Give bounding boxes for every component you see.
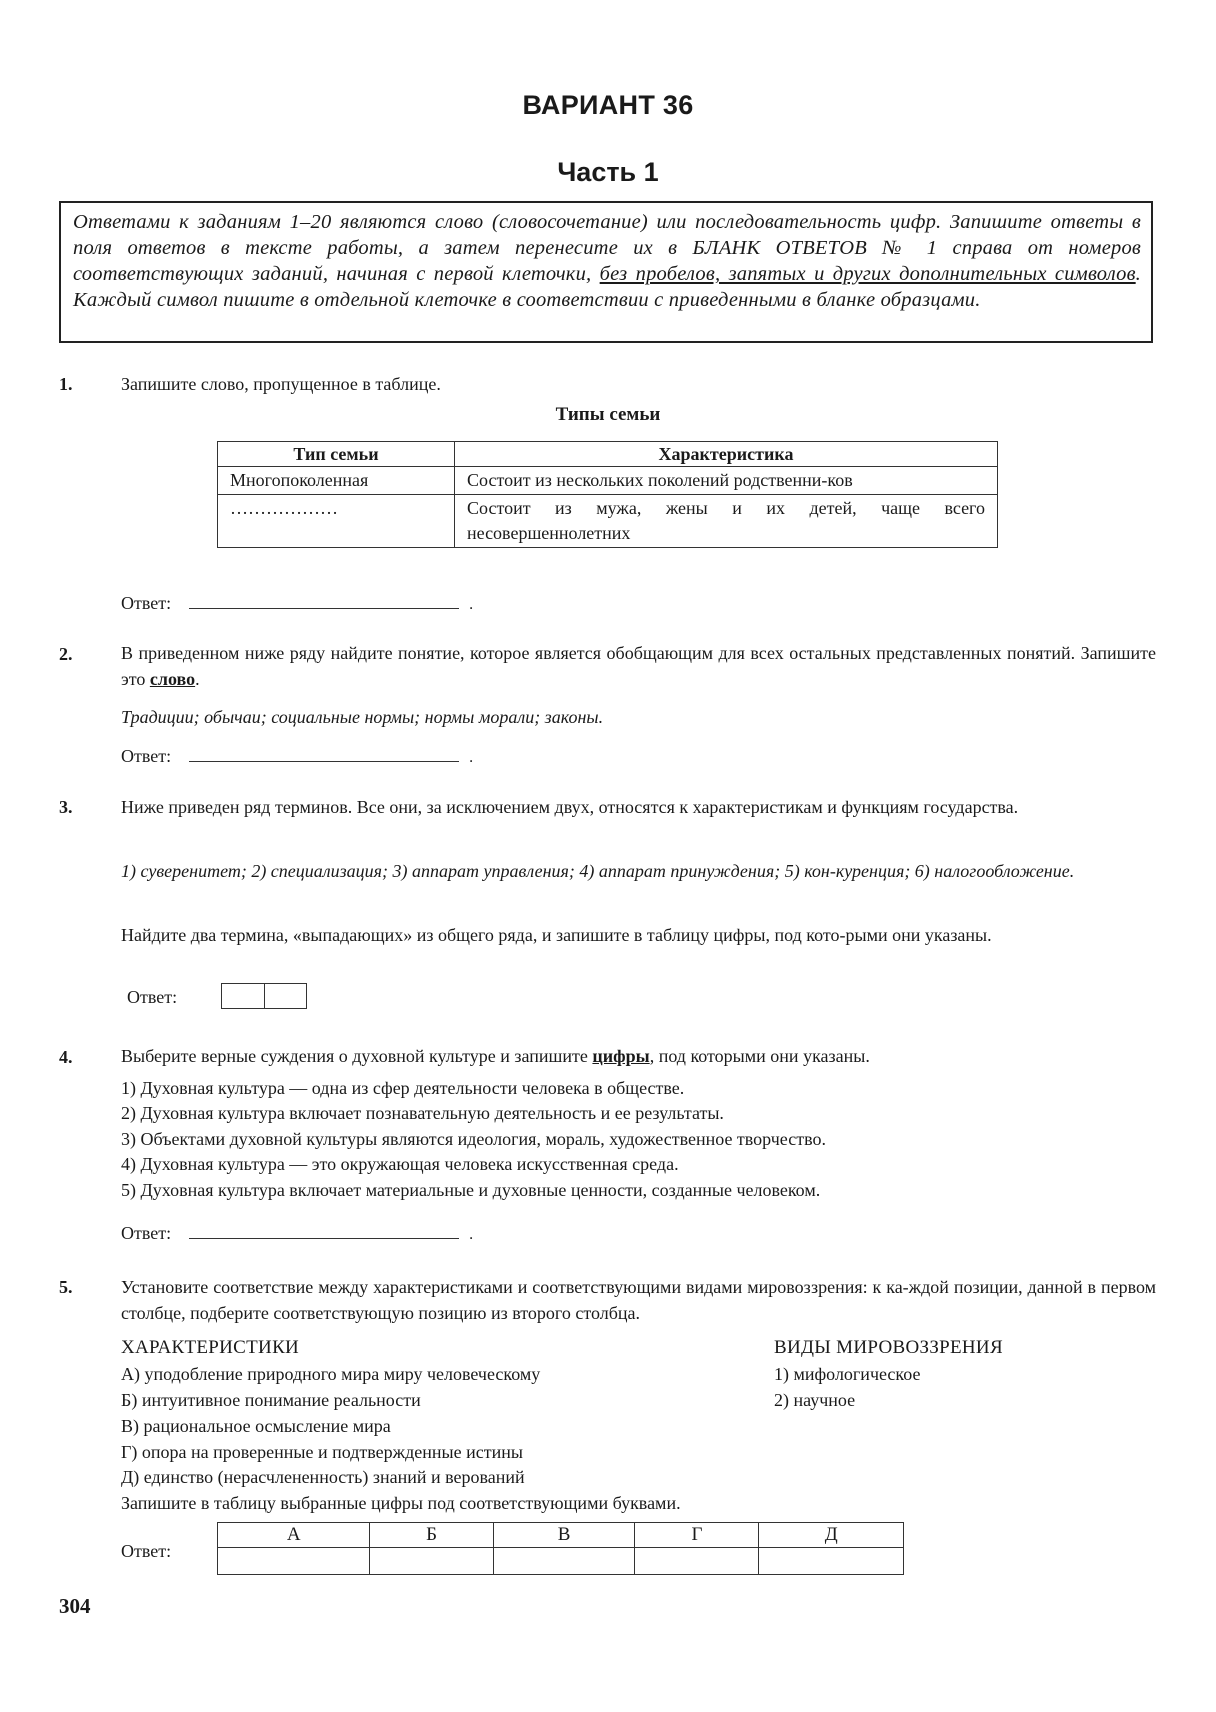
instructions-box: Ответами к заданиям 1–20 являются слово …	[59, 201, 1153, 343]
answer-cell[interactable]	[759, 1548, 904, 1575]
table-cell-missing: ………………	[218, 495, 455, 548]
table-row: Многопоколенная Состоит из нескольких по…	[218, 467, 998, 495]
answer-label: Ответ:	[121, 593, 171, 613]
answer-letter: Б	[370, 1523, 493, 1548]
table-cell: Многопоколенная	[218, 467, 455, 495]
answer-values-row	[218, 1548, 904, 1575]
page-number: 304	[59, 1594, 91, 1619]
task-4-emphasis: цифры	[592, 1046, 649, 1066]
answer-dot: .	[469, 1226, 473, 1243]
task-4-option-4: 4) Духовная культура — это окружающая че…	[121, 1151, 679, 1177]
answer-label: Ответ:	[127, 987, 177, 1007]
task-5-answer-label: Ответ:	[121, 1541, 171, 1562]
task-1-answer: Ответ:.	[121, 590, 473, 614]
task-2-emphasis: слово	[150, 669, 195, 689]
answer-letter: А	[218, 1523, 370, 1548]
characteristic-item: Б) интуитивное понимание реальности	[121, 1390, 421, 1411]
task-2-text-end: .	[195, 669, 200, 689]
worldview-type-item: 1) мифологическое	[774, 1364, 920, 1385]
task-2-number: 2.	[59, 644, 73, 665]
task-4-text-end: , под которыми они указаны.	[650, 1046, 870, 1066]
table-row: ……………… Состоит из мужа, жены и их детей,…	[218, 495, 998, 548]
task-4-text: Выберите верные суждения о духовной куль…	[121, 1043, 1156, 1069]
part-title: Часть 1	[0, 157, 1216, 188]
characteristics-heading: ХАРАКТЕРИСТИКИ	[121, 1337, 299, 1359]
task-2-series: Традиции; обычаи; социальные нормы; норм…	[121, 704, 1156, 730]
task-2-text: В приведенном ниже ряду найдите понятие,…	[121, 640, 1156, 692]
answer-cell[interactable]	[370, 1548, 493, 1575]
answer-letter: Г	[635, 1523, 759, 1548]
answer-dot: .	[469, 749, 473, 766]
variant-title: ВАРИАНТ 36	[0, 90, 1216, 121]
task-4-number: 4.	[59, 1047, 73, 1068]
characteristic-item: А) уподобление природного мира миру чело…	[121, 1364, 540, 1385]
answer-cell[interactable]	[493, 1548, 635, 1575]
answer-label: Ответ:	[121, 746, 171, 766]
table-header-cell: Характеристика	[455, 442, 998, 467]
table-cell: Состоит из мужа, жены и их детей, чаще в…	[455, 495, 998, 548]
family-types-table: Тип семьи Характеристика Многопоколенная…	[217, 441, 998, 548]
answer-dot: .	[469, 596, 473, 613]
task-4-option-5: 5) Духовная культура включает материальн…	[121, 1177, 820, 1203]
table-header-cell: Тип семьи	[218, 442, 455, 467]
task-4-answer: Ответ:.	[121, 1220, 473, 1244]
task-4-option-3: 3) Объектами духовной культуры являются …	[121, 1126, 826, 1152]
task-4-answer-field[interactable]	[189, 1220, 459, 1239]
task-3-answer-label: Ответ:	[127, 987, 177, 1008]
worldview-type-item: 2) научное	[774, 1390, 855, 1411]
task-4-text-main: Выберите верные суждения о духовной куль…	[121, 1046, 592, 1066]
characteristic-item: Д) единство (нерасчлененность) знаний и …	[121, 1467, 525, 1488]
task-3-text: Ниже приведен ряд терминов. Все они, за …	[121, 794, 1156, 820]
characteristic-item: Г) опора на проверенные и подтвержденные…	[121, 1442, 523, 1463]
task-1-answer-field[interactable]	[189, 590, 459, 609]
task-1-number: 1.	[59, 374, 73, 395]
characteristic-item: В) рациональное осмысление мира	[121, 1416, 391, 1437]
answer-cell[interactable]	[635, 1548, 759, 1575]
answer-label: Ответ:	[121, 1223, 171, 1243]
task-2-text-main: В приведенном ниже ряду найдите понятие,…	[121, 643, 1156, 689]
table-header-row: Тип семьи Характеристика	[218, 442, 998, 467]
task-5-table-instruction: Запишите в таблицу выбранные цифры под с…	[121, 1493, 681, 1514]
answer-letters-row: А Б В Г Д	[218, 1523, 904, 1548]
family-table-caption: Типы семьи	[0, 404, 1216, 426]
task-4-option-1: 1) Духовная культура — одна из сфер деят…	[121, 1075, 684, 1101]
task-5-text: Установите соответствие между характерис…	[121, 1274, 1156, 1326]
instructions-underlined: без пробелов, запятых и других дополните…	[600, 263, 1136, 285]
answer-letter: Д	[759, 1523, 904, 1548]
task-2-answer-field[interactable]	[189, 743, 459, 762]
answer-cell[interactable]	[218, 1548, 370, 1575]
answer-cell[interactable]	[265, 984, 307, 1008]
answer-letter: В	[493, 1523, 635, 1548]
task-3-number: 3.	[59, 797, 73, 818]
task-3-answer-boxes	[221, 983, 307, 1009]
worldview-types-heading: ВИДЫ МИРОВОЗЗРЕНИЯ	[774, 1337, 1003, 1359]
task-1-text: Запишите слово, пропущенное в таблице.	[121, 371, 1156, 397]
task-4-option-2: 2) Духовная культура включает познавател…	[121, 1100, 724, 1126]
table-cell: Состоит из нескольких поколений родствен…	[455, 467, 998, 495]
task-5-answer-table: А Б В Г Д	[217, 1522, 904, 1575]
exam-page: ВАРИАНТ 36 Часть 1 Ответами к заданиям 1…	[0, 0, 1216, 1712]
task-2-answer: Ответ:.	[121, 743, 473, 767]
task-3-terms: 1) суверенитет; 2) специализация; 3) апп…	[121, 858, 1156, 884]
task-3-instruction: Найдите два термина, «выпадающих» из общ…	[121, 922, 1156, 948]
task-5-number: 5.	[59, 1277, 73, 1298]
answer-label: Ответ:	[121, 1541, 171, 1561]
answer-cell[interactable]	[222, 984, 265, 1008]
